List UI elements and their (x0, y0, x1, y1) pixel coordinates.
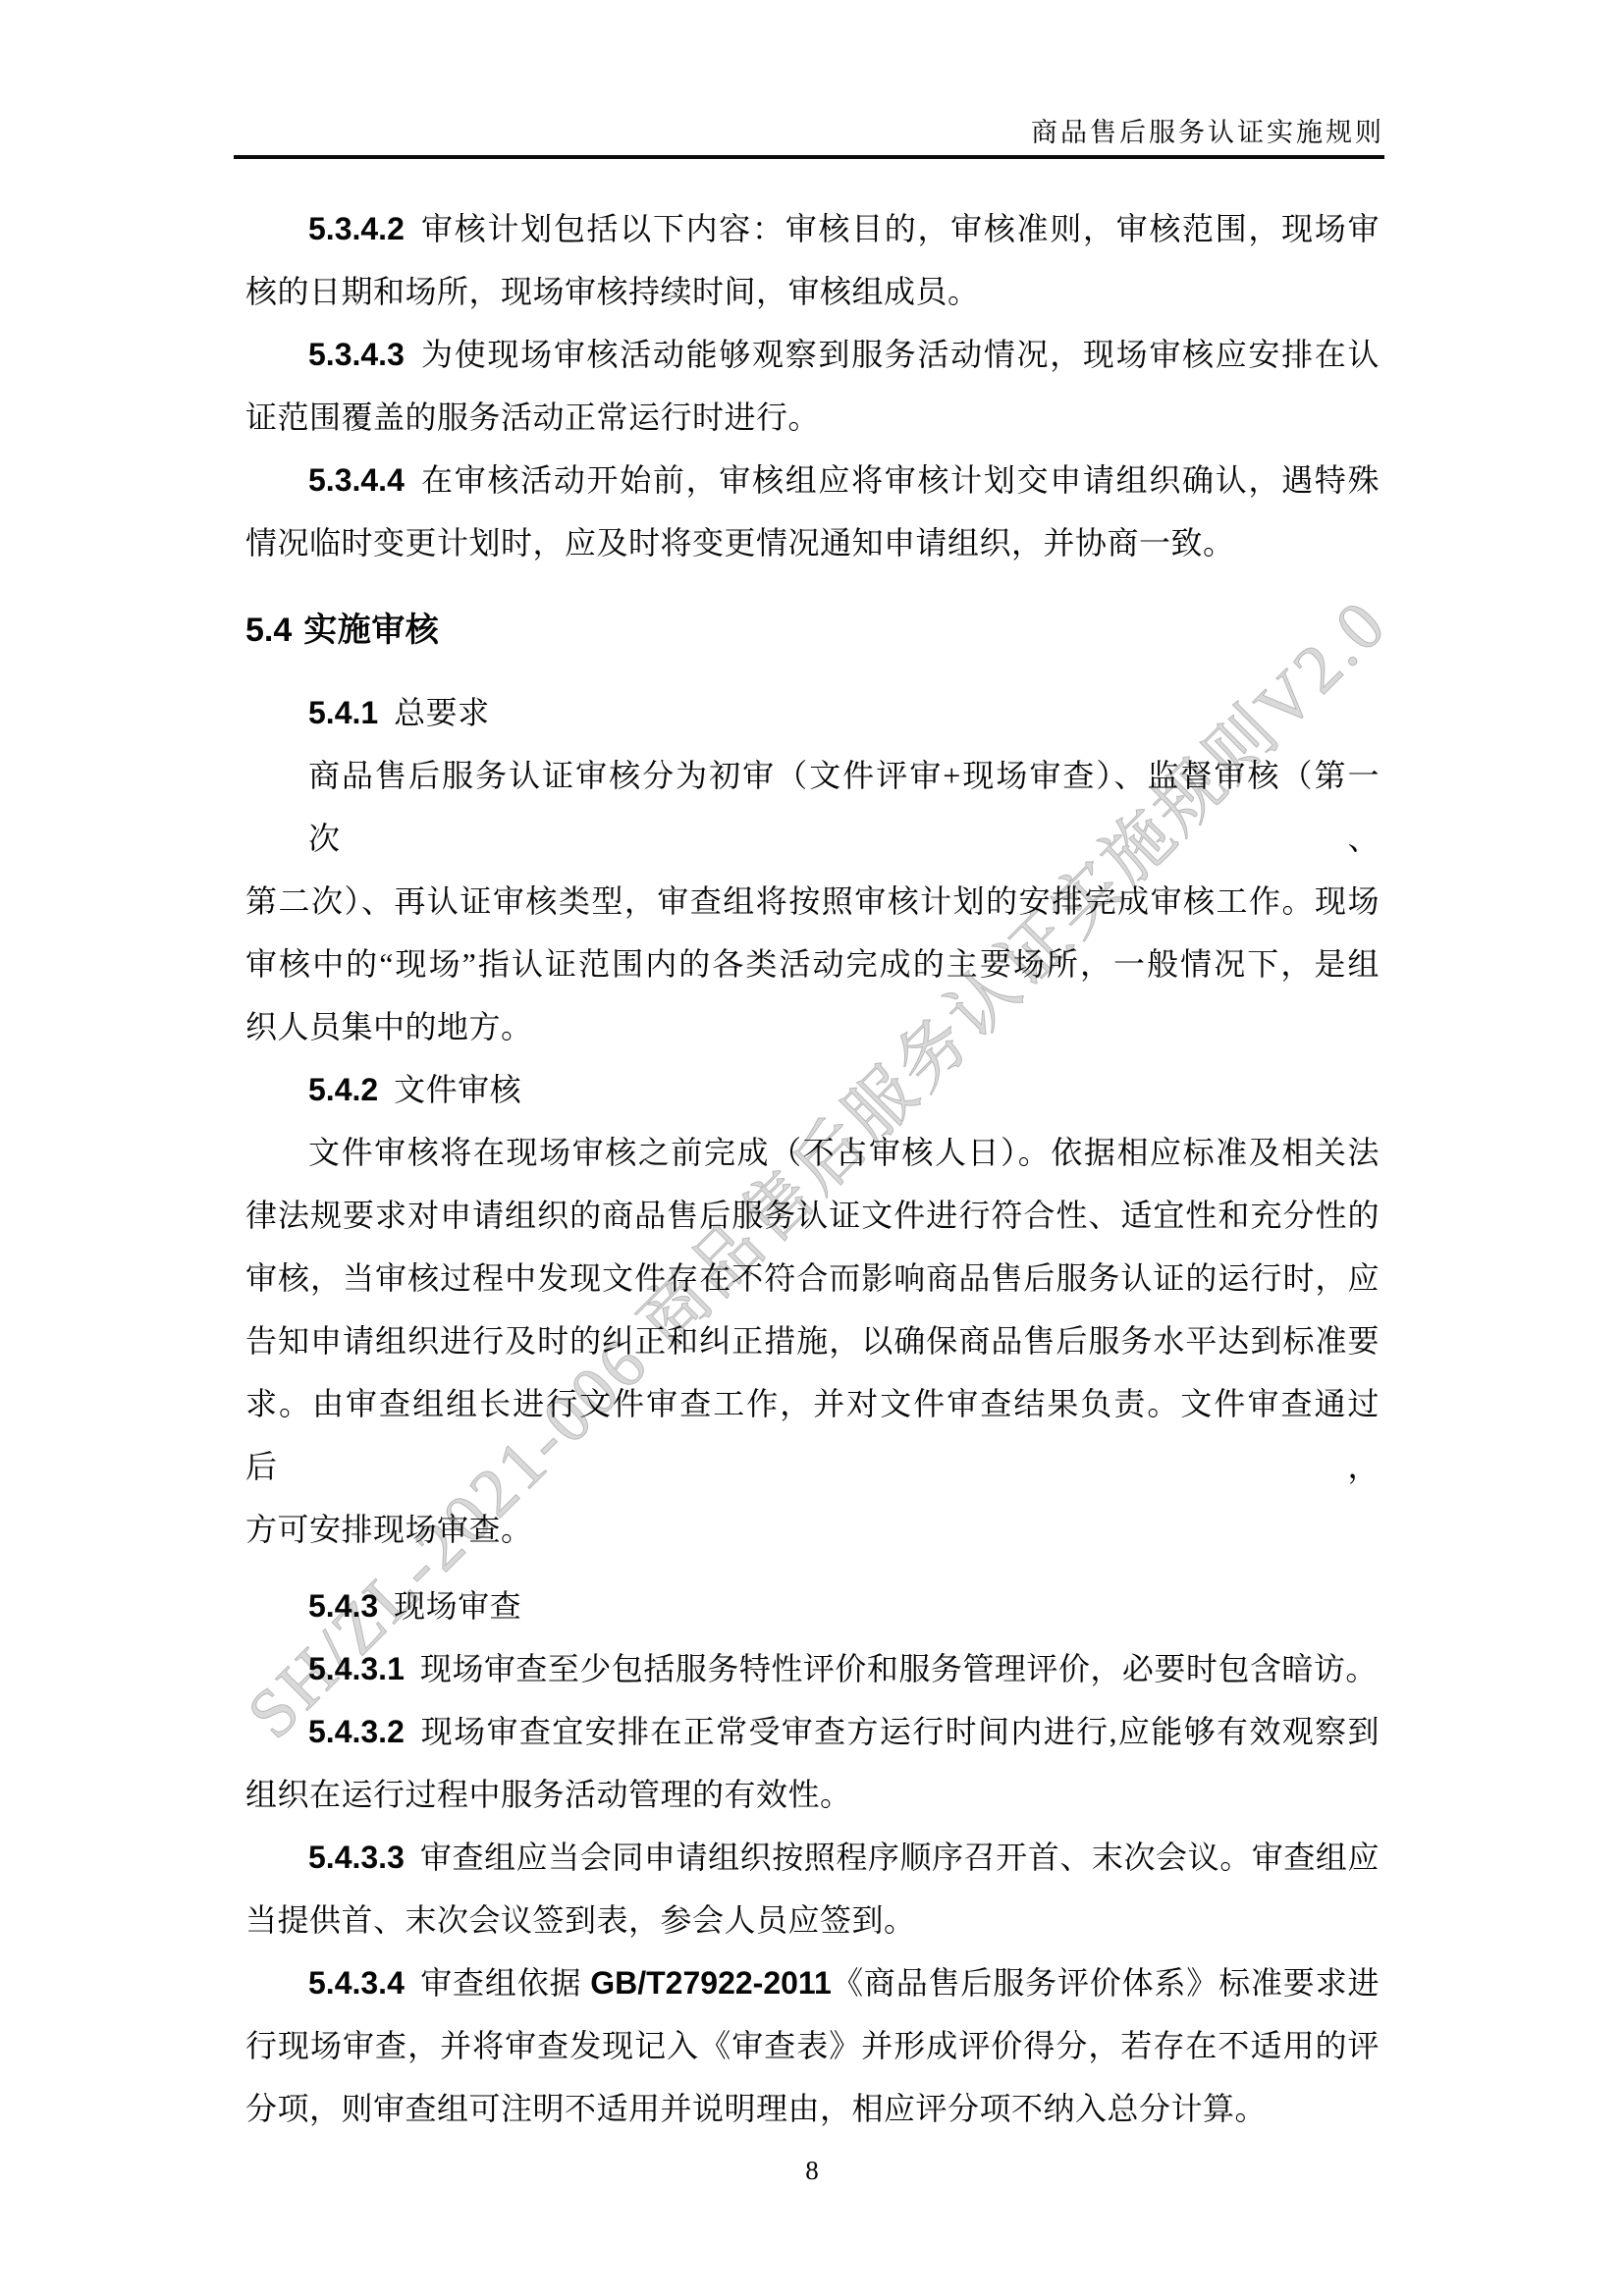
clause-number: 5.3.4.4 (308, 462, 405, 498)
text-run: 求。由审查组组长进行文件审查工作，并对文件审查结果负责。文件审查通过后， (245, 1386, 1380, 1484)
text-run: 文件审核 (394, 1072, 521, 1107)
text-run: 分项，则审查组可注明不适用并说明理由，相应评分项不纳入总分计算。 (245, 2091, 1267, 2126)
paragraph-5.4.1: 商品售后服务认证审核分为初审（文件评审+现场审查）、监督审核（第一次、 (245, 744, 1380, 870)
text-run: 现场审查 (394, 1588, 521, 1624)
clause-number: 5.3.4.3 (308, 337, 405, 372)
text-line: 当提供首、末次会议签到表，参会人员应签到。 (245, 1889, 1380, 1951)
text-run: 在审核活动开始前，审核组应将审核计划交申请组织确认，遇特殊 (420, 462, 1380, 498)
clause-number: 5.4.3.2 (308, 1714, 405, 1749)
header-title: 商品售后服务认证实施规则 (1031, 111, 1384, 149)
text-run: 实施审核 (303, 613, 439, 649)
text-line: 组织在运行过程中服务活动管理的有效性。 (245, 1763, 1380, 1826)
document-page: 商品售后服务认证实施规则 SH/ZL-2021-006 商品售后服务认证实施规则… (0, 0, 1624, 2296)
text-line: 第二次）、再认证审核类型，审查组将按照审核计划的安排完成审核工作。现场 (245, 870, 1380, 933)
clause-number: 5.4.3.1 (308, 1651, 405, 1686)
page-number: 8 (0, 2156, 1624, 2186)
text-line: 审核，当审核过程中发现文件存在不符合而影响商品售后服务认证的运行时，应 (245, 1247, 1380, 1309)
text-run: 情况临时变更计划时，应及时将变更情况通知申请组织，并协商一致。 (245, 525, 1235, 561)
clause-number: 5.4.1 (308, 695, 378, 730)
clause-number: 5.4.3.3 (308, 1840, 405, 1875)
page-header: 商品售后服务认证实施规则 (234, 0, 1384, 159)
text-line: 告知申请组织进行及时的纠正和纠正措施，以确保商品售后服务水平达到标准要 (245, 1309, 1380, 1372)
text-run: 证范围覆盖的服务活动正常运行时进行。 (245, 400, 820, 435)
text-run: 律法规要求对申请组织的商品售后服务认证文件进行符合性、适宜性和充分性的 (245, 1198, 1380, 1233)
text-run: 组织在运行过程中服务活动管理的有效性。 (245, 1777, 852, 1812)
text-run: 织人员集中的地方。 (245, 1009, 533, 1044)
clause-number: 5.4 (245, 612, 292, 649)
clause-5.3.4.3: 5.3.4.3为使现场审核活动能够观察到服务活动情况，现场审核应安排在认 (245, 323, 1380, 386)
text-run: GB/T27922-2011 (590, 1965, 832, 2001)
text-line: 求。由审查组组长进行文件审查工作，并对文件审查结果负责。文件审查通过后， (245, 1372, 1380, 1498)
text-line: 方可安排现场审查。 (245, 1498, 1380, 1561)
text-run: 核的日期和场所，现场审核持续时间，审核组成员。 (245, 274, 980, 309)
clause-number: 5.4.3 (308, 1588, 378, 1624)
text-run: 第二次）、再认证审核类型，审查组将按照审核计划的安排完成审核工作。现场 (245, 883, 1380, 919)
text-line: 律法规要求对申请组织的商品售后服务认证文件进行符合性、适宜性和充分性的 (245, 1184, 1380, 1247)
heading-5.4.2: 5.4.2文件审核 (245, 1058, 1380, 1121)
text-line: 织人员集中的地方。 (245, 995, 1380, 1058)
text-run: 告知申请组织进行及时的纠正和纠正措施，以确保商品售后服务水平达到标准要 (245, 1323, 1380, 1359)
text-run: 现场审查至少包括服务特性评价和服务管理评价，必要时包含暗访。 (420, 1651, 1378, 1686)
text-line: 核的日期和场所，现场审核持续时间，审核组成员。 (245, 260, 1380, 323)
heading-5.4.3: 5.4.3现场审查 (245, 1575, 1380, 1637)
clause-5.3.4.4: 5.3.4.4在审核活动开始前，审核组应将审核计划交申请组织确认，遇特殊 (245, 449, 1380, 511)
text-run: 方可安排现场审查。 (245, 1512, 533, 1547)
document-body: 5.3.4.2审核计划包括以下内容：审核目的，审核准则，审核范围，现场审核的日期… (245, 197, 1380, 2140)
text-run: 文件审核将在现场审核之前完成（不占审核人日）。依据相应标准及相关法 (308, 1135, 1380, 1170)
clause-number: 5.4.2 (308, 1072, 378, 1107)
text-line: 情况临时变更计划时，应及时将变更情况通知申请组织，并协商一致。 (245, 511, 1380, 574)
text-run: 总要求 (394, 695, 490, 730)
paragraph-5.4.2: 文件审核将在现场审核之前完成（不占审核人日）。依据相应标准及相关法 (245, 1121, 1380, 1184)
text-run: 审核中的“现场”指认证范围内的各类活动完成的主要场所，一般情况下，是组 (245, 946, 1380, 982)
clause-5.3.4.2: 5.3.4.2审核计划包括以下内容：审核目的，审核准则，审核范围，现场审 (245, 197, 1380, 260)
text-run: 审查组应当会同申请组织按照程序顺序召开首、末次会议。审查组应 (420, 1840, 1380, 1875)
text-line: 证范围覆盖的服务活动正常运行时进行。 (245, 386, 1380, 449)
text-run: 商品售后服务认证审核分为初审（文件评审+现场审查）、监督审核（第一次、 (308, 758, 1380, 856)
text-run: 审核计划包括以下内容：审核目的，审核准则，审核范围，现场审 (420, 211, 1380, 246)
text-line: 审核中的“现场”指认证范围内的各类活动完成的主要场所，一般情况下，是组 (245, 933, 1380, 995)
text-run: 为使现场审核活动能够观察到服务活动情况，现场审核应安排在认 (420, 337, 1380, 372)
text-run: 行现场审查，并将审查发现记入《审查表》并形成评价得分，若存在不适用的评 (245, 2028, 1380, 2063)
heading-5.4: 5.4实施审核 (245, 599, 1380, 663)
text-run: 当提供首、末次会议签到表，参会人员应签到。 (245, 1902, 916, 1938)
text-run: 审核，当审核过程中发现文件存在不符合而影响商品售后服务认证的运行时，应 (245, 1260, 1380, 1296)
heading-5.4.1: 5.4.1总要求 (245, 681, 1380, 744)
clause-number: 5.3.4.2 (308, 211, 405, 246)
text-line: 行现场审查，并将审查发现记入《审查表》并形成评价得分，若存在不适用的评 (245, 2014, 1380, 2077)
text-run: 审查组依据 (420, 1965, 590, 2001)
text-run: 《商品售后服务评价体系》标准要求进 (832, 1965, 1380, 2001)
clause-number: 5.4.3.4 (308, 1965, 405, 2001)
clause-5.4.3.4: 5.4.3.4审查组依据 GB/T27922-2011《商品售后服务评价体系》标… (245, 1951, 1380, 2014)
clause-5.4.3.1: 5.4.3.1现场审查至少包括服务特性评价和服务管理评价，必要时包含暗访。 (245, 1637, 1380, 1700)
text-run: 现场审查宜安排在正常受审查方运行时间内进行,应能够有效观察到 (420, 1714, 1380, 1749)
clause-5.4.3.2: 5.4.3.2现场审查宜安排在正常受审查方运行时间内进行,应能够有效观察到 (245, 1700, 1380, 1763)
clause-5.4.3.3: 5.4.3.3审查组应当会同申请组织按照程序顺序召开首、末次会议。审查组应 (245, 1826, 1380, 1889)
text-line: 分项，则审查组可注明不适用并说明理由，相应评分项不纳入总分计算。 (245, 2077, 1380, 2140)
